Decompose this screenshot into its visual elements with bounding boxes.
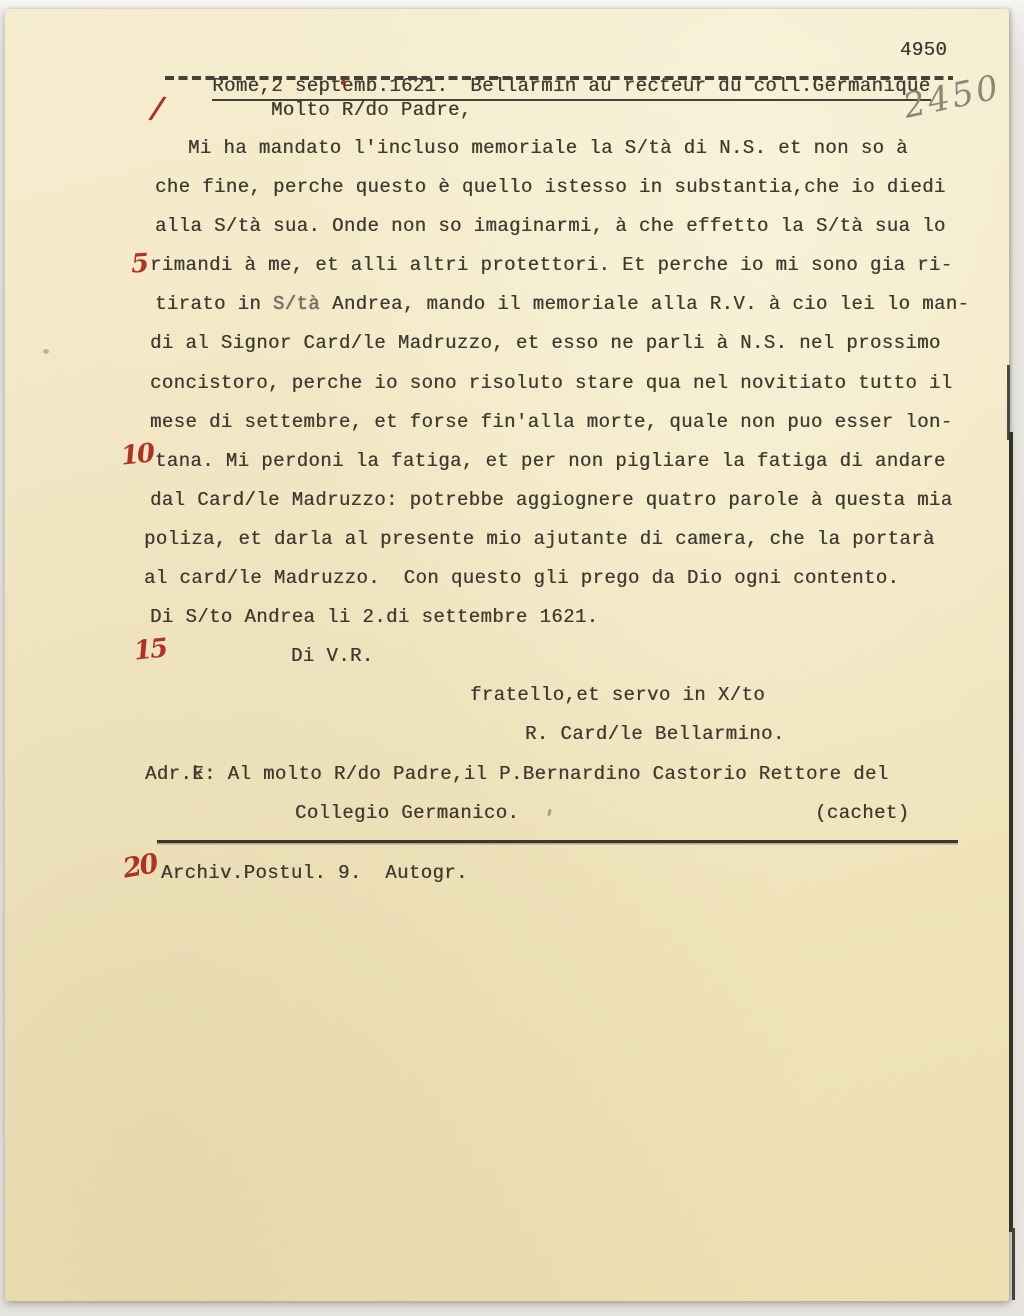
catalog-number-typed: 4950 <box>900 39 947 61</box>
letter-line-text: al card/le Madruzzo. Con questo gli preg… <box>144 567 899 589</box>
letter-line-text: Andrea, mando il memoriale alla R.V. à c… <box>320 293 969 315</box>
salutation: Molto R/do Padre, <box>271 99 472 121</box>
archive-reference: Archiv.Postul. 9. Autogr. <box>161 862 468 884</box>
letter-line-text: che fine, perche questo è quello istesso… <box>155 176 946 198</box>
letter-line-text: di al Signor Card/le Madruzzo, et esso n… <box>150 332 941 354</box>
margin-line-number: 20 <box>121 848 159 884</box>
letter-paper: Rome,2 septemb.1621.Bellarmin au recteur… <box>5 9 1009 1301</box>
letter-line-text: tirato in <box>155 293 273 315</box>
footer-rule <box>157 840 958 843</box>
letter-line-text: Adr. <box>145 763 192 785</box>
letter-line: Collegio Germanico.(cachet) <box>155 802 985 841</box>
scan-page-edge <box>1007 365 1010 440</box>
letter-line-text: Mi ha mandato l'incluso memoriale la S/t… <box>188 137 908 159</box>
letter-body: Mi ha mandato l'incluso memoriale la S/t… <box>155 137 985 841</box>
letter-line: concistoro, perche io sono risoluto star… <box>150 372 985 411</box>
letter-line-text: concistoro, perche io sono risoluto star… <box>150 372 953 394</box>
scanned-letter-screenshot: { "document": { "catalog_number_typed": … <box>0 0 1024 1316</box>
letter-line-text: Di S/to Andrea li 2.di settembre 1621. <box>150 606 598 628</box>
letter-line: dal Card/le Madruzzo: potrebbe aggiogner… <box>150 489 985 528</box>
letter-line-text: R. Card/le Bellarmino. <box>525 723 785 745</box>
letter-line: R. Card/le Bellarmino. <box>155 723 985 762</box>
letter-line: Di V.R. <box>155 645 985 684</box>
scan-page-edge <box>1009 432 1013 1232</box>
letter-line: poliza, et darla al presente mio ajutant… <box>144 528 985 567</box>
letter-line-text: (cachet) <box>815 802 909 824</box>
margin-line-number: 5 <box>130 248 150 279</box>
letter-line-text: mese di settembre, et forse fin'alla mor… <box>150 411 953 433</box>
letter-line: alla S/tà sua. Onde non so imaginarmi, à… <box>155 215 985 254</box>
letter-line-text: rimandi à me, et alli altri protettori. … <box>150 254 953 276</box>
letter-line-text: Di V.R. <box>291 645 374 667</box>
letter-line: tana. Mi perdoni la fatiga, et per non p… <box>155 450 985 489</box>
letter-line-text: tana. Mi perdoni la fatiga, et per non p… <box>155 450 946 472</box>
letter-line-text: dal Card/le Madruzzo: potrebbe aggiogner… <box>150 489 953 511</box>
letter-line-text: k <box>192 763 204 785</box>
letter-line: Adr.Ek: Al molto R/do Padre,il P.Bernard… <box>145 763 985 802</box>
margin-line-number: / <box>150 91 165 127</box>
letter-line: Mi ha mandato l'incluso memoriale la S/t… <box>155 137 985 176</box>
letter-line: mese di settembre, et forse fin'alla mor… <box>150 411 985 450</box>
letter-line-text: Collegio Germanico. <box>295 802 519 824</box>
paper-blemish <box>43 349 49 354</box>
letter-line: al card/le Madruzzo. Con questo gli preg… <box>144 567 985 606</box>
letter-line: rimandi à me, et alli altri protettori. … <box>150 254 985 293</box>
header-dashed-rule <box>165 76 953 80</box>
letter-line-text: alla S/tà sua. Onde non so imaginarmi, à… <box>155 215 946 237</box>
letter-line: di al Signor Card/le Madruzzo, et esso n… <box>150 332 985 371</box>
letter-line-text: : Al molto R/do Padre,il P.Bernardino Ca… <box>204 763 889 785</box>
letter-line-text: poliza, et darla al presente mio ajutant… <box>144 528 935 550</box>
letter-line: tirato in S/tà Andrea, mando il memorial… <box>155 293 985 332</box>
scan-page-edge <box>1012 1228 1015 1300</box>
letter-line-text: S/tà <box>273 293 320 315</box>
letter-line: che fine, perche questo è quello istesso… <box>155 176 985 215</box>
letter-line-text: fratello,et servo in X/to <box>470 684 765 706</box>
letter-line: fratello,et servo in X/to <box>155 684 985 723</box>
letter-line: Di S/to Andrea li 2.di settembre 1621. <box>150 606 985 645</box>
